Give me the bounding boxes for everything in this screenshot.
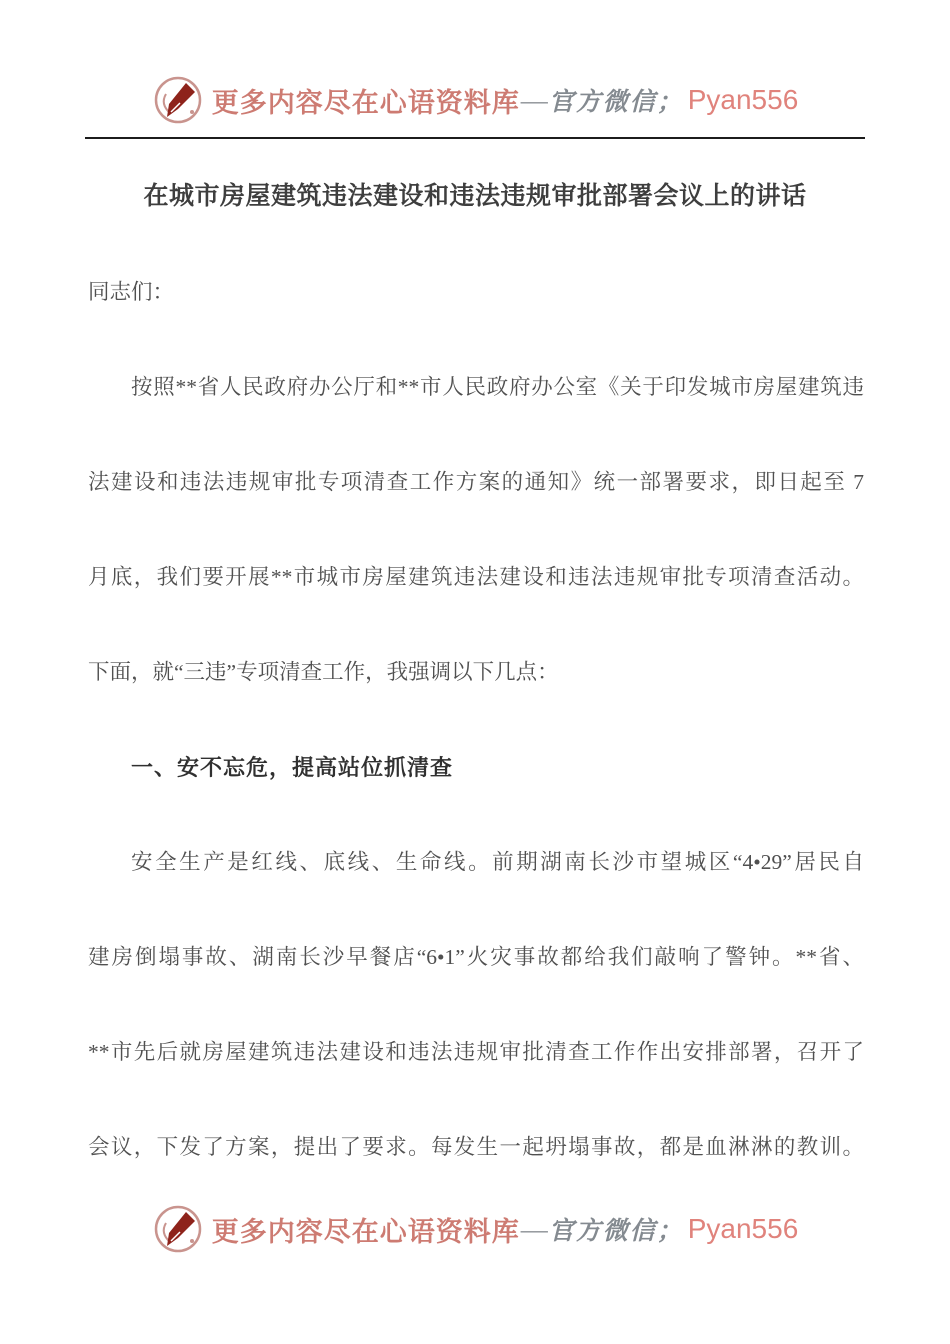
- doc-line: 法建设和违法违规审批专项清查工作方案的通知》统一部署要求，即日起至 7: [88, 435, 864, 530]
- doc-section-heading: 一、安不忘危，提高站位抓清查: [88, 720, 864, 815]
- wechat-id: Pyan556: [688, 1213, 799, 1245]
- wechat-label: 官方微信；: [549, 1211, 684, 1247]
- doc-line: 安全生产是红线、底线、生命线。前期湖南长沙市望城区“4•29”居民自: [88, 815, 864, 910]
- doc-line: 会议，下发了方案，提出了要求。每发生一起坍塌事故，都是血淋淋的教训。: [88, 1100, 864, 1195]
- brand-separator: —: [521, 85, 548, 116]
- doc-line: 按照**省人民政府办公厅和**市人民政府办公室《关于印发城市房屋建筑违: [88, 340, 864, 435]
- brand-text: 更多内容尽在心语资料库: [212, 1210, 520, 1249]
- document-title: 在城市房屋建筑违法建设和违法违规审批部署会议上的讲话: [85, 180, 865, 214]
- doc-line-salutation: 同志们：: [88, 245, 864, 340]
- document-body: 同志们： 按照**省人民政府办公厅和**市人民政府办公室《关于印发城市房屋建筑违…: [88, 245, 864, 1195]
- wechat-id: Pyan556: [688, 84, 799, 116]
- doc-line: **市先后就房屋建筑违法建设和违法违规审批清查工作作出安排部署，召开了: [88, 1005, 864, 1100]
- header-divider: [85, 137, 865, 139]
- wechat-label: 官方微信；: [549, 82, 684, 118]
- pen-seal-logo-icon: [152, 74, 204, 126]
- document-page: 更多内容尽在心语资料库—官方微信；Pyan556 在城市房屋建筑违法建设和违法违…: [0, 0, 950, 1344]
- brand-text: 更多内容尽在心语资料库: [212, 81, 520, 120]
- doc-line: 下面，就“三违”专项清查工作，我强调以下几点：: [88, 625, 864, 720]
- footer-brand-bar: 更多内容尽在心语资料库—官方微信；Pyan556: [0, 1203, 950, 1255]
- doc-line: 月底，我们要开展**市城市房屋建筑违法建设和违法违规审批专项清查活动。: [88, 530, 864, 625]
- doc-line: 建房倒塌事故、湖南长沙早餐店“6•1”火灾事故都给我们敲响了警钟。**省、: [88, 910, 864, 1005]
- header-brand-bar: 更多内容尽在心语资料库—官方微信；Pyan556: [0, 74, 950, 126]
- pen-seal-logo-icon: [152, 1203, 204, 1255]
- brand-separator: —: [521, 1214, 548, 1245]
